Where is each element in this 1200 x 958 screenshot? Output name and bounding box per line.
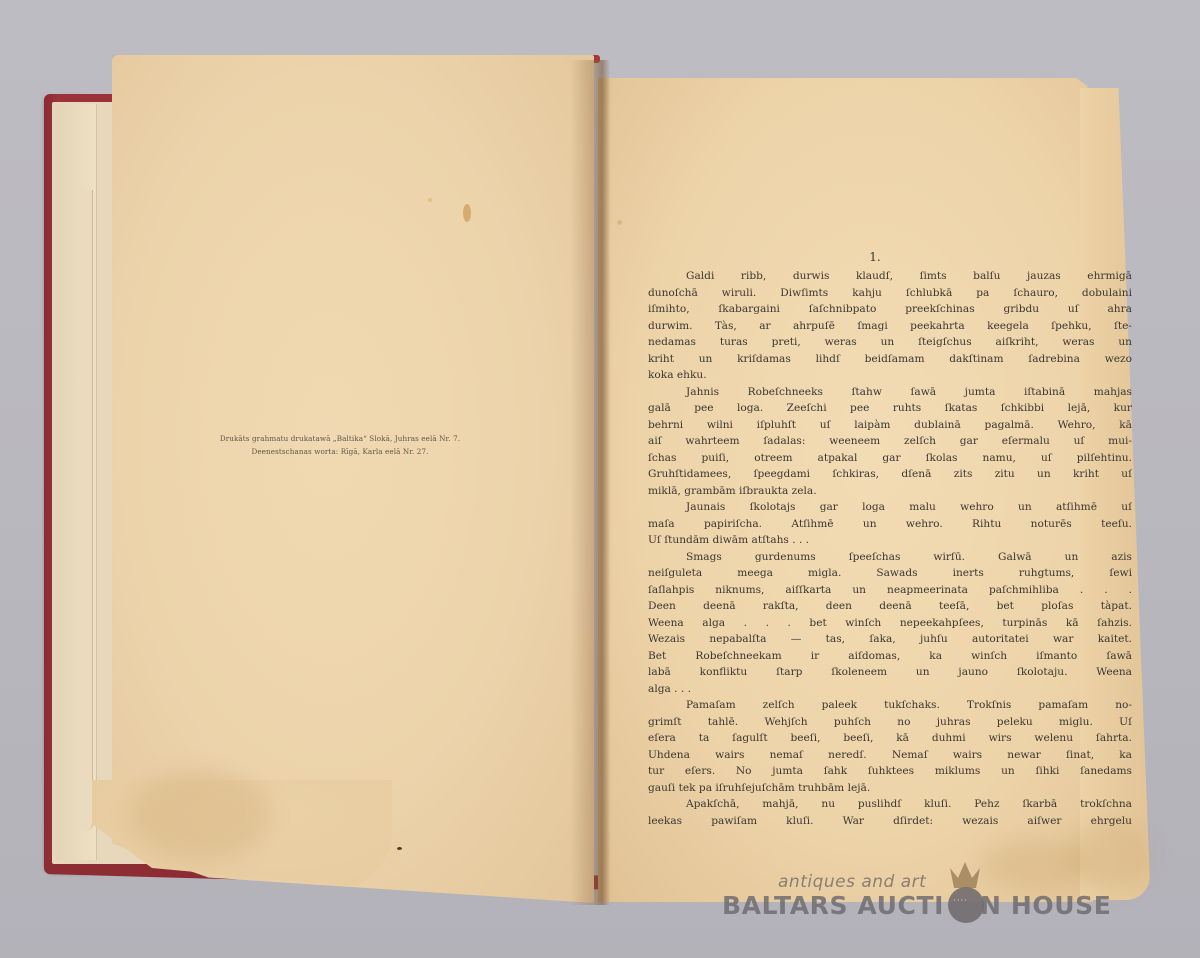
text-line: alga . . . [648,681,1132,698]
text-line: nedamas turas preti, weras un ſteigſchus… [648,334,1132,351]
text-line: Weena alga . . . bet winſch nepeekahpſee… [648,615,1132,632]
text-line: Apakſchā, mahjā, nu puslihdſ kluſi. Pehz… [648,796,1132,813]
stain-mark [463,204,471,222]
text-line: Deen deenā rakſta, deen deenā teeſā, bet… [648,598,1132,615]
text-line: eſera ta ſagulſt beeſi, beeſi, kā duhmi … [648,730,1132,747]
text-line: Uſ ſtundām diwām atſtahs . . . [648,532,1132,549]
gutter-shadow [570,60,610,905]
foxing-area [130,770,270,860]
watermark-brand: BALTARS AUCTIN HOUSE [722,891,1111,920]
text-line: neiſguleta meega migla. Sawads inerts ru… [648,565,1132,582]
text-line: Smags gurdenums ſpeeſchas wirſū. Galwā u… [648,549,1132,566]
crown-icon [948,860,982,890]
watermark-brand-part2: N HOUSE [980,891,1111,920]
text-line: ſaſlahpis niknums, aiſſkarta un neapmeer… [648,582,1132,599]
body-text: Galdi ribb, durwis klaudſ, ſimts balſu j… [648,268,1132,829]
text-line: aiſ wahrteem ſadalas: weeneem zelſch gar… [648,433,1132,450]
book-photo: Drukāts grahmatu drukatawā „Baltika“ Slo… [0,0,1200,958]
imprint-line: Drukāts grahmatu drukatawā „Baltika“ Slo… [190,432,490,445]
watermark-tagline: antiques and art [778,872,926,892]
text-line: Uhdena wairs nemaſ neredſ. Nemaſ wairs n… [648,747,1132,764]
text-line: Bet Robeſchneekam ir aiſdomas, ka winſch… [648,648,1132,665]
foxing-area [980,840,1090,890]
text-line: grimſt tahlē. Wehjſch puhſch no juhras p… [648,714,1132,731]
text-line: Gruhſtidamees, ſpeegdami ſchkiras, dſenā… [648,466,1132,483]
stain-mark [428,198,432,202]
text-line: Jaunais ſkolotajs gar loga malu wehro un… [648,499,1132,516]
printer-imprint: Drukāts grahmatu drukatawā „Baltika“ Slo… [190,432,490,458]
text-line: kriht un kriſdamas lihdſ beidſamam dakſt… [648,351,1132,368]
text-line: leekas pawiſam kluſi. War dſirdet: wezai… [648,813,1132,830]
text-line: Pamaſam zelſch paleek tukſchaks. Trokſni… [648,697,1132,714]
text-line: gauſi tek pa iſruhſejuſchām truhbām lejā… [648,780,1132,797]
text-line: ſchas puiſi, otreem atpakal gar ſkolas n… [648,450,1132,467]
text-line: Galdi ribb, durwis klaudſ, ſimts balſu j… [648,268,1132,285]
text-line: koka ehku. [648,367,1132,384]
text-line: behrni wilni iſpluhſt uſ laipàm dublainā… [648,417,1132,434]
endpaper-fold [78,190,93,830]
text-line: Wezais nepabalſta — tas, ſaka, juhſu aut… [648,631,1132,648]
text-line: Jahnis Robeſchneeks ſtahw ſawā jumta iſt… [648,384,1132,401]
text-line: galā pee loga. Zeeſchi pee ruhts ſkatas … [648,400,1132,417]
text-line: labā konfliktu ſtarp ſkoleneem un jauno … [648,664,1132,681]
stain-mark [617,220,622,225]
text-line: iſmihto, ſkabargaini ſaſchnibpato preekſ… [648,301,1132,318]
watermark-brand-part1: BALTARS AUCTI [722,891,944,920]
text-line: tur eſers. No jumta ſahk ſuhktees miklum… [648,763,1132,780]
text-line: durwim. Tàs, ar ahrpuſē ſmagi peekahrta … [648,318,1132,335]
chapter-number: 1. [855,250,895,264]
text-line: maſa papiriſcha. Atſihmē un wehro. Rihtu… [648,516,1132,533]
text-line: miklā, grambām iſbraukta zela. [648,483,1132,500]
imprint-line: Deenestschanas worta: Rīgā, Karla eelā N… [190,445,490,458]
stain-mark [397,847,402,850]
text-line: dunoſchā wiruli. Diwſimts kahju ſchlubkā… [648,285,1132,302]
